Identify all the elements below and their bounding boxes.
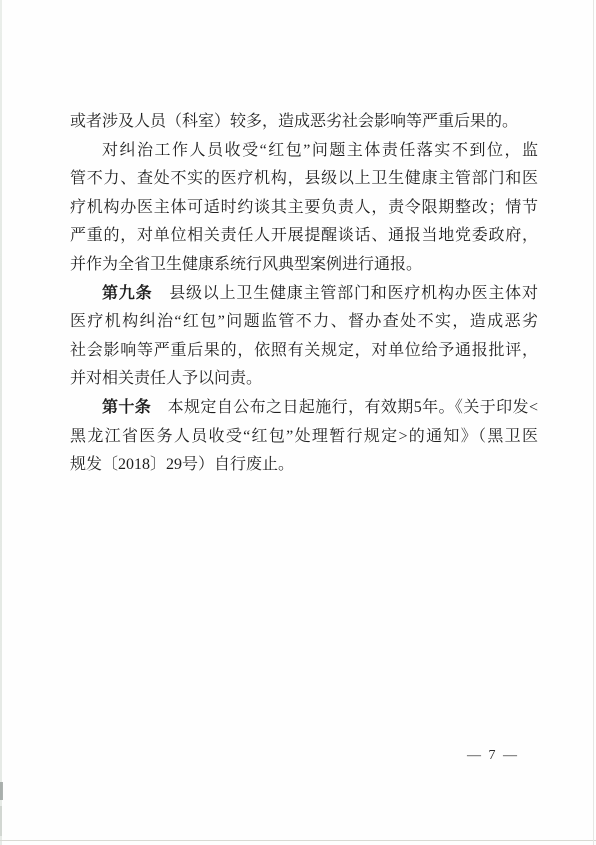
text-segment: 或者涉及人员（科室）较多，造成恶劣社会影响等严重后果的。 [70, 113, 518, 130]
page-number: — 7 — [455, 748, 531, 764]
scan-edge-left [0, 0, 2, 845]
text-segment: 黑龙江省医务人员收受“红包”处理暂行规定>的通知》（黑卫医 [70, 428, 538, 445]
text-segment: 本规定自公布之日起施行，有效期5年。《关于印发< [151, 399, 538, 416]
text-line: 疗机构办医主体可适时约谈其主要负责人，责令限期整改；情节 [70, 194, 538, 223]
scan-smudge [0, 782, 3, 800]
text-segment: 并作为全省卫生健康系统行风典型案例进行通报。 [70, 256, 422, 273]
text-line: 并对相关责任人予以问责。 [70, 365, 538, 394]
text-segment: 规发〔2018〕29号）自行废止。 [70, 456, 294, 473]
text-segment: 严重的，对单位相关责任人开展提醒谈话、通报当地党委政府， [70, 227, 538, 244]
text-line: 严重的，对单位相关责任人开展提醒谈话、通报当地党委政府， [70, 222, 538, 251]
text-line: 医疗机构纠治“红包”问题监管不力、督办查处不实，造成恶劣 [70, 308, 538, 337]
text-line: 社会影响等严重后果的，依照有关规定，对单位给予通报批评， [70, 337, 538, 366]
text-line: 对纠治工作人员收受“红包”问题主体责任落实不到位，监 [70, 137, 538, 166]
scan-smudge-light [0, 806, 2, 836]
scan-edge-bottom [0, 840, 596, 841]
text-segment: 县级以上卫生健康主管部门和医疗机构办医主体对 [152, 285, 538, 302]
text-segment: 医疗机构纠治“红包”问题监管不力、督办查处不实，造成恶劣 [70, 313, 538, 330]
article-number: 第十条 [102, 399, 151, 416]
text-segment: 社会影响等严重后果的，依照有关规定，对单位给予通报批评， [70, 342, 538, 359]
text-line: 第十条 本规定自公布之日起施行，有效期5年。《关于印发< [70, 394, 538, 423]
text-line: 并作为全省卫生健康系统行风典型案例进行通报。 [70, 251, 538, 280]
text-line: 或者涉及人员（科室）较多，造成恶劣社会影响等严重后果的。 [70, 108, 538, 137]
body-text: 或者涉及人员（科室）较多，造成恶劣社会影响等严重后果的。对纠治工作人员收受“红包… [70, 108, 538, 480]
scan-edge-right [593, 0, 594, 845]
text-segment: 并对相关责任人予以问责。 [70, 370, 262, 387]
text-segment: 对纠治工作人员收受“红包”问题主体责任落实不到位，监 [102, 142, 538, 159]
text-segment: 管不力、查处不实的医疗机构，县级以上卫生健康主管部门和医 [70, 170, 538, 187]
text-line: 管不力、查处不实的医疗机构，县级以上卫生健康主管部门和医 [70, 165, 538, 194]
text-line: 第九条 县级以上卫生健康主管部门和医疗机构办医主体对 [70, 280, 538, 309]
text-segment: 疗机构办医主体可适时约谈其主要负责人，责令限期整改；情节 [70, 199, 538, 216]
text-line: 规发〔2018〕29号）自行废止。 [70, 451, 538, 480]
document-page: 或者涉及人员（科室）较多，造成恶劣社会影响等严重后果的。对纠治工作人员收受“红包… [0, 0, 596, 845]
article-number: 第九条 [102, 285, 152, 302]
text-line: 黑龙江省医务人员收受“红包”处理暂行规定>的通知》（黑卫医 [70, 423, 538, 452]
